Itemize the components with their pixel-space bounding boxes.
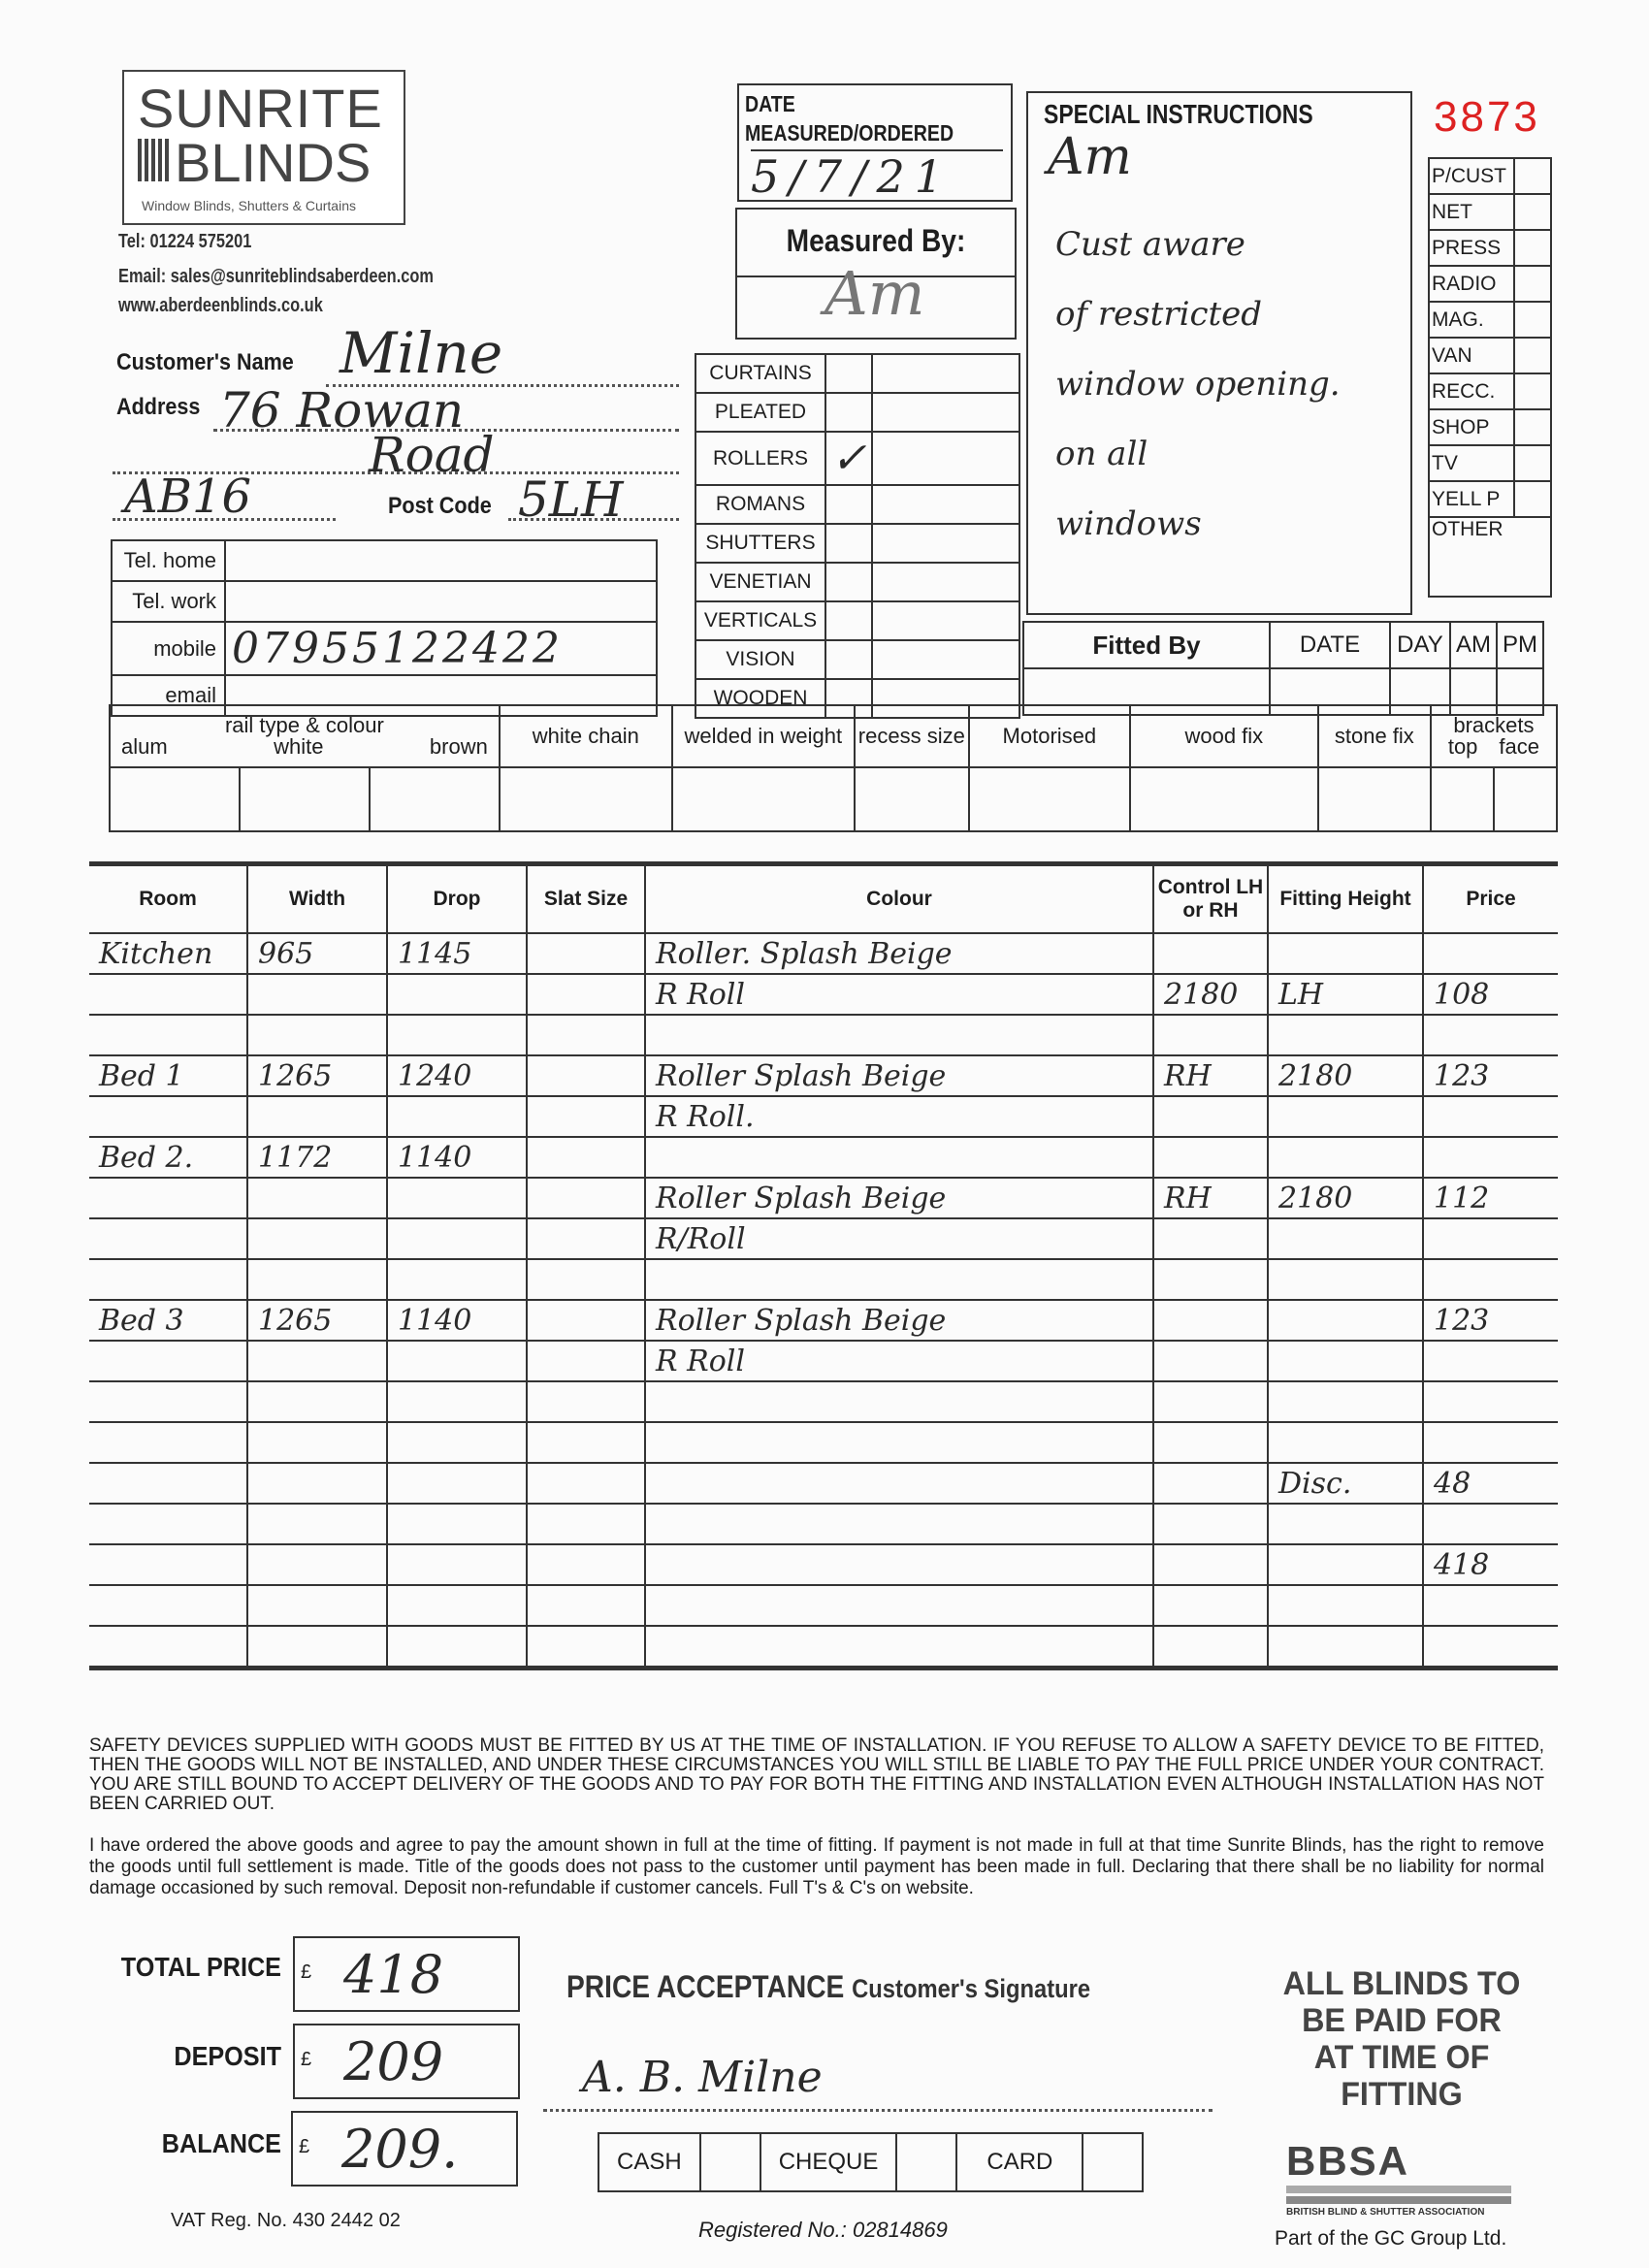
table-cell[interactable]: 2180 [1268,1055,1423,1096]
source-row: MAG. [1429,302,1551,338]
table-row: R Roll2180LH108 [89,974,1558,1015]
source-checkbox[interactable] [1514,158,1551,194]
table-cell[interactable]: 1172 [247,1137,387,1178]
table-cell[interactable]: Disc. [1268,1463,1423,1504]
table-row [89,1626,1558,1669]
table-cell[interactable] [247,1381,387,1422]
lead-source-table: P/CUST NET PRESS RADIO MAG. VAN RECC. SH… [1428,157,1552,598]
cash-checkbox[interactable] [700,2133,760,2191]
company-logo: SUNRITE BLINDS Window Blinds, Shutters &… [122,70,405,225]
table-cell[interactable] [89,1015,247,1055]
table-cell[interactable] [527,1137,645,1178]
table-cell[interactable] [89,1544,247,1585]
motorised-header: Motorised [969,705,1130,767]
group-text: Part of the GC Group Ltd. [1275,2227,1506,2251]
customer-name-label: Customer's Name [116,349,294,376]
table-header-row: Room Width Drop Slat Size Colour Control… [89,864,1558,934]
table-cell[interactable] [1153,1626,1268,1669]
total-price-label: TOTAL PRICE [107,1952,281,1983]
address-line-2[interactable]: Road [369,427,495,483]
address-label: Address [116,394,200,421]
tel-work-field[interactable] [225,581,657,622]
table-cell[interactable] [527,1463,645,1504]
rail-white-field[interactable] [240,767,370,831]
registered-number: Registered No.: 02814869 [698,2218,948,2243]
table-row: Bed 112651240Roller Splash BeigeRH218012… [89,1055,1558,1096]
table-cell[interactable] [387,1463,527,1504]
table-row: R/Roll [89,1218,1558,1259]
payment-notice: ALL BLINDS TO BE PAID FOR AT TIME OF FIT… [1259,1965,1545,2113]
product-type-table: CURTAINS PLEATED ROLLERS✓ ROMANS SHUTTER… [695,353,1020,719]
recess-size-field[interactable] [855,767,969,831]
table-cell[interactable] [1423,1137,1558,1178]
wood-fix-field[interactable] [1130,767,1318,831]
source-checkbox[interactable] [1514,194,1551,230]
card-label: CARD [956,2133,1083,2191]
table-row [89,1504,1558,1544]
table-cell[interactable] [247,1544,387,1585]
balance-field[interactable]: £209. [291,2111,518,2187]
table-cell[interactable] [387,1422,527,1463]
stone-fix-header: stone fix [1318,705,1431,767]
table-cell[interactable]: Roller Splash Beige [645,1300,1153,1341]
product-checkbox[interactable] [825,354,872,393]
fitted-date-label: DATE [1270,622,1390,668]
table-cell[interactable] [1153,1137,1268,1178]
table-cell[interactable]: 1140 [387,1300,527,1341]
measured-by-box: Measured By: Am [735,208,1017,340]
phone-table: Tel. home Tel. work mobile07955122422 em… [111,539,658,717]
welded-weight-field[interactable] [672,767,855,831]
table-cell[interactable] [247,1422,387,1463]
table-cell[interactable] [1423,1015,1558,1055]
table-cell[interactable] [387,1504,527,1544]
customer-signature: A. B. Milne [582,2053,823,2102]
table-cell[interactable] [527,1096,645,1137]
table-cell[interactable] [527,1626,645,1669]
source-checkbox[interactable] [1514,230,1551,266]
table-cell[interactable] [247,1585,387,1626]
table-cell[interactable] [387,1544,527,1585]
date-measured-box: DATEMEASURED/ORDERED 5/7/21 [737,83,1013,202]
table-cell[interactable]: RH [1153,1055,1268,1096]
table-cell[interactable] [1268,1259,1423,1300]
product-checkbox[interactable] [825,640,872,679]
source-row: YELL P [1429,481,1551,517]
table-cell[interactable] [527,1544,645,1585]
vat-number: VAT Reg. No. 430 2442 02 [171,2210,401,2232]
source-checkbox[interactable] [1514,338,1551,373]
table-cell[interactable] [527,1015,645,1055]
table-cell[interactable] [1268,1381,1423,1422]
table-cell[interactable] [1423,1626,1558,1669]
table-cell[interactable] [1423,1422,1558,1463]
motorised-field[interactable] [969,767,1130,831]
special-instructions-notes[interactable]: Cust aware of restricted window opening.… [1055,210,1341,559]
logo-line-2: BLINDS [138,136,371,190]
fitted-day-label: DAY [1390,622,1450,668]
brackets-face-field[interactable] [1494,767,1557,831]
table-cell[interactable] [1268,1585,1423,1626]
company-tel: Tel: 01224 575201 [118,231,251,253]
table-cell[interactable] [387,1259,527,1300]
measurements-table: Room Width Drop Slat Size Colour Control… [89,861,1558,1670]
rail-brown-field[interactable] [370,767,500,831]
table-cell[interactable] [89,1626,247,1669]
product-row: CURTAINS [695,354,1019,393]
table-cell[interactable]: R Roll [645,1341,1153,1381]
table-cell[interactable] [89,1341,247,1381]
recess-size-header: recess size [855,705,969,767]
table-cell[interactable] [527,1218,645,1259]
table-cell[interactable]: 2180 [1268,1178,1423,1218]
table-cell[interactable] [387,1381,527,1422]
special-instructions-box: SPECIAL INSTRUCTIONS Am Cust aware of re… [1026,91,1412,615]
table-cell[interactable] [1268,1300,1423,1341]
date-value[interactable]: 5/7/21 [751,149,1003,202]
table-cell[interactable] [387,1218,527,1259]
cash-label: CASH [598,2133,700,2191]
agreement-terms: I have ordered the above goods and agree… [89,1835,1544,1899]
source-checkbox[interactable] [1514,409,1551,445]
table-cell[interactable] [247,1096,387,1137]
table-row: Roller Splash BeigeRH2180112 [89,1178,1558,1218]
white-chain-header: white chain [500,705,672,767]
table-cell[interactable] [527,1585,645,1626]
table-cell[interactable]: R Roll [645,974,1153,1015]
source-checkbox[interactable] [1514,445,1551,481]
company-website[interactable]: www.aberdeenblinds.co.uk [118,295,323,317]
product-row: VISION [695,640,1019,679]
table-cell[interactable] [1268,1341,1423,1381]
table-cell[interactable] [387,1178,527,1218]
table-cell[interactable] [527,1504,645,1544]
address-line-3[interactable]: AB16 [124,470,251,524]
deposit-label: DEPOSIT [107,2041,281,2072]
table-cell[interactable] [1423,1259,1558,1300]
table-row [89,1422,1558,1463]
postcode-label: Post Code [388,493,492,520]
table-cell[interactable] [1153,1544,1268,1585]
table-cell[interactable] [1423,1096,1558,1137]
table-cell[interactable] [247,1015,387,1055]
table-cell[interactable] [527,933,645,974]
table-cell[interactable]: Roller Splash Beige [645,1178,1153,1218]
measured-by-label: Measured By: [754,223,998,259]
table-cell[interactable] [387,1626,527,1669]
table-cell[interactable] [1268,1096,1423,1137]
table-cell[interactable] [645,1422,1153,1463]
table-row [89,1585,1558,1626]
table-cell[interactable] [1153,1463,1268,1504]
table-cell[interactable] [387,1585,527,1626]
table-cell[interactable]: 108 [1423,974,1558,1015]
table-cell[interactable] [527,1300,645,1341]
table-cell[interactable]: 1240 [387,1055,527,1096]
source-row: RADIO [1429,266,1551,302]
table-cell[interactable]: 965 [247,933,387,974]
card-checkbox[interactable] [1083,2133,1143,2191]
table-row: Bed 312651140Roller Splash Beige123 [89,1300,1558,1341]
table-cell[interactable] [527,1341,645,1381]
product-row: ROLLERS✓ [695,432,1019,485]
table-cell[interactable] [1268,933,1423,974]
rollers-checkbox[interactable]: ✓ [825,432,872,485]
product-checkbox[interactable] [825,524,872,563]
company-email[interactable]: Email: sales@sunriteblindsaberdeen.com [118,266,434,288]
order-number: 3873 [1434,93,1540,142]
table-cell[interactable] [1423,1585,1558,1626]
table-cell[interactable] [1423,1218,1558,1259]
product-checkbox[interactable] [825,393,872,432]
table-cell[interactable] [645,1015,1153,1055]
rail-type-header: rail type & colour alumwhitebrown [110,705,500,767]
table-cell[interactable] [89,1218,247,1259]
postcode-value[interactable]: 5LH [518,471,624,528]
table-cell[interactable] [645,1259,1153,1300]
table-cell[interactable] [89,1381,247,1422]
product-row: SHUTTERS [695,524,1019,563]
cheque-checkbox[interactable] [896,2133,956,2191]
table-cell[interactable] [527,1055,645,1096]
table-cell[interactable] [1423,1341,1558,1381]
bbsa-logo: BBSA BRITISH BLIND & SHUTTER ASSOCIATION [1286,2140,1511,2218]
table-cell[interactable] [89,974,247,1015]
table-cell[interactable] [387,1096,527,1137]
table-cell[interactable] [89,1585,247,1626]
welded-weight-header: welded in weight [672,705,855,767]
tel-home-label: Tel. home [112,540,225,581]
source-row: NET [1429,194,1551,230]
total-price-field[interactable]: £418 [293,1936,520,2012]
cheque-label: CHEQUE [760,2133,897,2191]
table-cell[interactable] [1268,1422,1423,1463]
source-row: SHOP [1429,409,1551,445]
price-acceptance-heading: PRICE ACCEPTANCE Customer's Signature [566,1969,1090,2005]
wood-fix-header: wood fix [1130,705,1318,767]
table-cell[interactable] [247,974,387,1015]
table-cell[interactable] [645,1463,1153,1504]
table-cell[interactable] [247,1341,387,1381]
table-cell[interactable] [1423,1381,1558,1422]
brackets-top-field[interactable] [1431,767,1494,831]
payment-method-table: CASH CHEQUE CARD [598,2132,1144,2192]
product-row: PLEATED [695,393,1019,432]
source-row: VAN [1429,338,1551,373]
table-cell[interactable]: Kitchen [89,933,247,974]
table-cell[interactable]: 112 [1423,1178,1558,1218]
table-cell[interactable] [1268,1544,1423,1585]
source-checkbox[interactable] [1514,266,1551,302]
options-table: rail type & colour alumwhitebrown white … [109,704,1558,832]
table-cell[interactable] [247,1259,387,1300]
mobile-field[interactable]: 07955122422 [225,622,657,675]
product-row: ROMANS [695,485,1019,524]
table-cell[interactable] [1153,1422,1268,1463]
source-row: RECC. [1429,373,1551,409]
table-row [89,1381,1558,1422]
table-row: Disc.48 [89,1463,1558,1504]
table-cell[interactable]: 2180 [1153,974,1268,1015]
fitted-by-label: Fitted By [1023,622,1270,668]
table-cell[interactable] [1423,1504,1558,1544]
table-cell[interactable] [1268,1015,1423,1055]
table-cell[interactable] [527,1381,645,1422]
fitted-am-label: AM [1450,622,1497,668]
table-cell[interactable] [1268,1137,1423,1178]
table-cell[interactable]: Roller Splash Beige [645,1055,1153,1096]
table-cell[interactable] [89,1463,247,1504]
table-cell[interactable]: LH [1268,974,1423,1015]
source-checkbox[interactable] [1514,302,1551,338]
logo-tagline: Window Blinds, Shutters & Curtains [142,198,356,213]
table-row: 418 [89,1544,1558,1585]
table-cell[interactable] [1153,1300,1268,1341]
table-cell[interactable] [1153,1259,1268,1300]
table-cell[interactable] [1153,1015,1268,1055]
table-cell[interactable] [247,1218,387,1259]
fitted-pm-label: PM [1497,622,1543,668]
table-cell[interactable] [645,1137,1153,1178]
balance-label: BALANCE [107,2128,281,2159]
table-cell[interactable] [247,1504,387,1544]
safety-terms: SAFETY DEVICES SUPPLIED WITH GOODS MUST … [89,1736,1544,1814]
table-cell[interactable]: Roller. Splash Beige [645,933,1153,974]
rail-alum-field[interactable] [110,767,240,831]
table-cell[interactable] [387,1015,527,1055]
table-cell[interactable]: 1140 [387,1137,527,1178]
logo-line-1: SUNRITE [138,81,383,136]
table-cell[interactable]: R/Roll [645,1218,1153,1259]
table-row: Bed 2.11721140 [89,1137,1558,1178]
table-cell[interactable]: Bed 2. [89,1137,247,1178]
tel-work-label: Tel. work [112,581,225,622]
product-checkbox[interactable] [825,601,872,640]
table-cell[interactable]: Bed 1 [89,1055,247,1096]
table-cell[interactable] [1423,933,1558,974]
table-row [89,1015,1558,1055]
table-cell[interactable]: 123 [1423,1300,1558,1341]
table-cell[interactable] [1153,1341,1268,1381]
table-cell[interactable]: 48 [1423,1463,1558,1504]
source-other-row: OTHER [1429,517,1551,597]
table-cell[interactable] [1153,1585,1268,1626]
source-checkbox[interactable] [1514,373,1551,409]
white-chain-field[interactable] [500,767,672,831]
table-cell[interactable]: 123 [1423,1055,1558,1096]
table-cell[interactable] [247,1178,387,1218]
source-row: TV [1429,445,1551,481]
table-cell[interactable]: Bed 3 [89,1300,247,1341]
tel-home-field[interactable] [225,540,657,581]
measured-by-value[interactable]: Am [824,258,925,329]
table-cell[interactable] [89,1178,247,1218]
table-cell[interactable] [645,1585,1153,1626]
table-cell[interactable] [527,1259,645,1300]
table-cell[interactable] [247,1463,387,1504]
table-cell[interactable] [645,1626,1153,1669]
brackets-header: brackets topface [1431,705,1557,767]
customer-signature-line[interactable]: A. B. Milne [543,2072,1212,2112]
table-row: Kitchen9651145Roller. Splash Beige [89,933,1558,974]
table-cell[interactable] [645,1381,1153,1422]
table-cell[interactable] [645,1544,1153,1585]
table-cell[interactable] [527,974,645,1015]
special-instructions-label: SPECIAL INSTRUCTIONS [1044,99,1313,130]
date-label: DATEMEASURED/ORDERED [745,89,954,147]
customer-name-value[interactable]: Milne [339,320,502,386]
special-instructions-initials[interactable]: Am [1048,128,1132,186]
table-cell[interactable] [387,974,527,1015]
blind-bars-icon [138,139,171,181]
table-cell[interactable] [89,1096,247,1137]
table-cell[interactable] [645,1504,1153,1544]
product-checkbox[interactable] [825,485,872,524]
table-cell[interactable] [527,1178,645,1218]
table-cell[interactable] [89,1422,247,1463]
fitted-by-table: Fitted By DATE DAY AM PM [1022,621,1544,716]
mobile-label: mobile [112,622,225,675]
table-cell[interactable]: 1145 [387,933,527,974]
table-cell[interactable] [1268,1504,1423,1544]
table-cell[interactable] [89,1504,247,1544]
product-row: VERTICALS [695,601,1019,640]
table-cell[interactable] [1153,1218,1268,1259]
table-cell[interactable] [1268,1626,1423,1669]
table-row: R Roll. [89,1096,1558,1137]
table-cell[interactable] [1153,1504,1268,1544]
table-row [89,1259,1558,1300]
table-cell[interactable] [89,1259,247,1300]
table-cell[interactable] [1153,1381,1268,1422]
table-cell[interactable]: 1265 [247,1300,387,1341]
table-cell[interactable] [527,1422,645,1463]
source-checkbox[interactable] [1514,481,1551,517]
table-cell[interactable] [1153,1096,1268,1137]
table-cell[interactable]: 1265 [247,1055,387,1096]
product-checkbox[interactable] [825,563,872,601]
table-cell[interactable]: R Roll. [645,1096,1153,1137]
table-cell[interactable]: 418 [1423,1544,1558,1585]
table-cell[interactable]: RH [1153,1178,1268,1218]
table-cell[interactable] [387,1341,527,1381]
table-cell[interactable] [1268,1218,1423,1259]
source-row: P/CUST [1429,158,1551,194]
product-row: VENETIAN [695,563,1019,601]
table-cell[interactable] [247,1626,387,1669]
table-row: R Roll [89,1341,1558,1381]
table-cell[interactable] [1153,933,1268,974]
deposit-field[interactable]: £209 [293,2024,520,2099]
source-row: PRESS [1429,230,1551,266]
stone-fix-field[interactable] [1318,767,1431,831]
